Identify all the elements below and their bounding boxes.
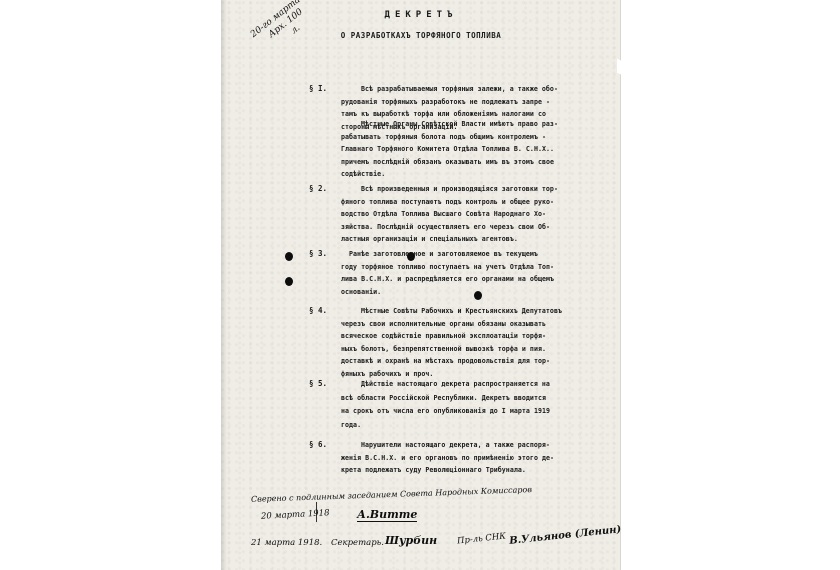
section-line: зяйства. Послѣдній осуществляетъ его чер… — [341, 223, 550, 231]
section-line: причемъ послѣдній обязанъ оказывать имъ … — [341, 158, 554, 166]
section-line: Всѣ произведенныя и производящіяся загот… — [361, 185, 558, 193]
section-line: рабатывать торфяныя болота подъ общимъ к… — [341, 133, 546, 141]
paper-tear — [617, 59, 623, 76]
section-line: женія В.С.Н.Х. и его органовъ по примѣне… — [341, 454, 554, 462]
section-line: фяныхъ рабочихъ и проч. — [341, 370, 433, 378]
section-line: содѣйствіе. — [341, 170, 385, 178]
signing-date: 21 марта 1918. — [251, 538, 322, 548]
section-line: Главнаго Торфяного Комитета Отдѣла Топли… — [341, 145, 554, 153]
section-number: § I. — [309, 84, 327, 93]
section-line: Мѣстные Органы Совѣтской Власти имѣютъ п… — [361, 120, 558, 128]
section-number: § 4. — [309, 306, 327, 315]
section-line: Ранѣе заготовленное и заготовляемое въ т… — [349, 250, 538, 258]
section-line: Всѣ разрабатываемыя торфяныя залежи, а т… — [361, 85, 558, 93]
section-line: на срокъ отъ числа его опубликованія до … — [341, 407, 550, 415]
ink-blot — [285, 252, 293, 261]
secretary-label: Секретарь. — [331, 538, 384, 548]
section-line: Мѣстные Совѣты Рабочихъ и Крестьянскихъ … — [361, 307, 562, 315]
document-page: 20-го марта Арх. 100 л. ДЕКРЕТЪ О РАЗРАБ… — [221, 0, 621, 570]
document-subtitle: О РАЗРАБОТКАХЪ ТОРФЯНОГО ТОПЛИВА — [221, 31, 621, 40]
section-line: фяного топлива поступаютъ подъ контроль … — [341, 198, 554, 206]
section-line: ныхъ болотъ, безпрепятственной вывозкѣ т… — [341, 345, 546, 353]
section-line: водство Отдѣла Топлива Высшаго Совѣта На… — [341, 210, 546, 218]
signature-lenin: В.Ульянов (Ленин) — [509, 524, 622, 547]
section-number: § 3. — [309, 249, 327, 258]
section-line: Нарушители настоящаго декрета, а также р… — [361, 441, 550, 449]
section-number: § 5. — [309, 379, 327, 388]
ink-blot — [285, 277, 293, 286]
section-line: лива В.С.Н.Х. и распредѣляется его орган… — [341, 275, 554, 283]
ink-blot — [407, 252, 415, 261]
certification-date: 20 марта 1918 — [261, 508, 330, 522]
certification-note: Сверено с подлинным заседанием Совета На… — [251, 485, 532, 504]
section-line: всяческое содѣйствіе правильной эксплоат… — [341, 332, 546, 340]
section-line: основаніи. — [341, 288, 381, 296]
signature-secretary: Шурбин — [385, 534, 437, 547]
section-line: доставкѣ и охранѣ на мѣстахъ продовольст… — [341, 357, 550, 365]
section-line: ластныя организаціи и спеціальныхъ агент… — [341, 235, 518, 243]
section-line: году торфяное топливо поступаетъ на учет… — [341, 263, 554, 271]
section-line: крета подлежатъ суду Революціоннаго Триб… — [341, 466, 526, 474]
section-line: тамъ къ выработкѣ торфа или обложеніямъ … — [341, 110, 546, 118]
section-line: рудованія торфяныхъ разработокъ не подле… — [341, 98, 550, 106]
section-line: всѣ области Россійской Республики. Декре… — [341, 394, 546, 402]
ink-blot — [474, 291, 482, 300]
signature-vitte: А.Витте — [357, 508, 417, 522]
section-number: § 2. — [309, 184, 327, 193]
section-number: § 6. — [309, 440, 327, 449]
chairman-label: Пр-ль СНК — [457, 531, 507, 546]
section-line: Дѣйствіе настоящаго декрета распространя… — [361, 380, 550, 388]
document-title: ДЕКРЕТЪ — [221, 10, 621, 20]
section-line: года. — [341, 421, 361, 429]
section-line: черезъ свои исполнительные органы обязан… — [341, 320, 546, 328]
